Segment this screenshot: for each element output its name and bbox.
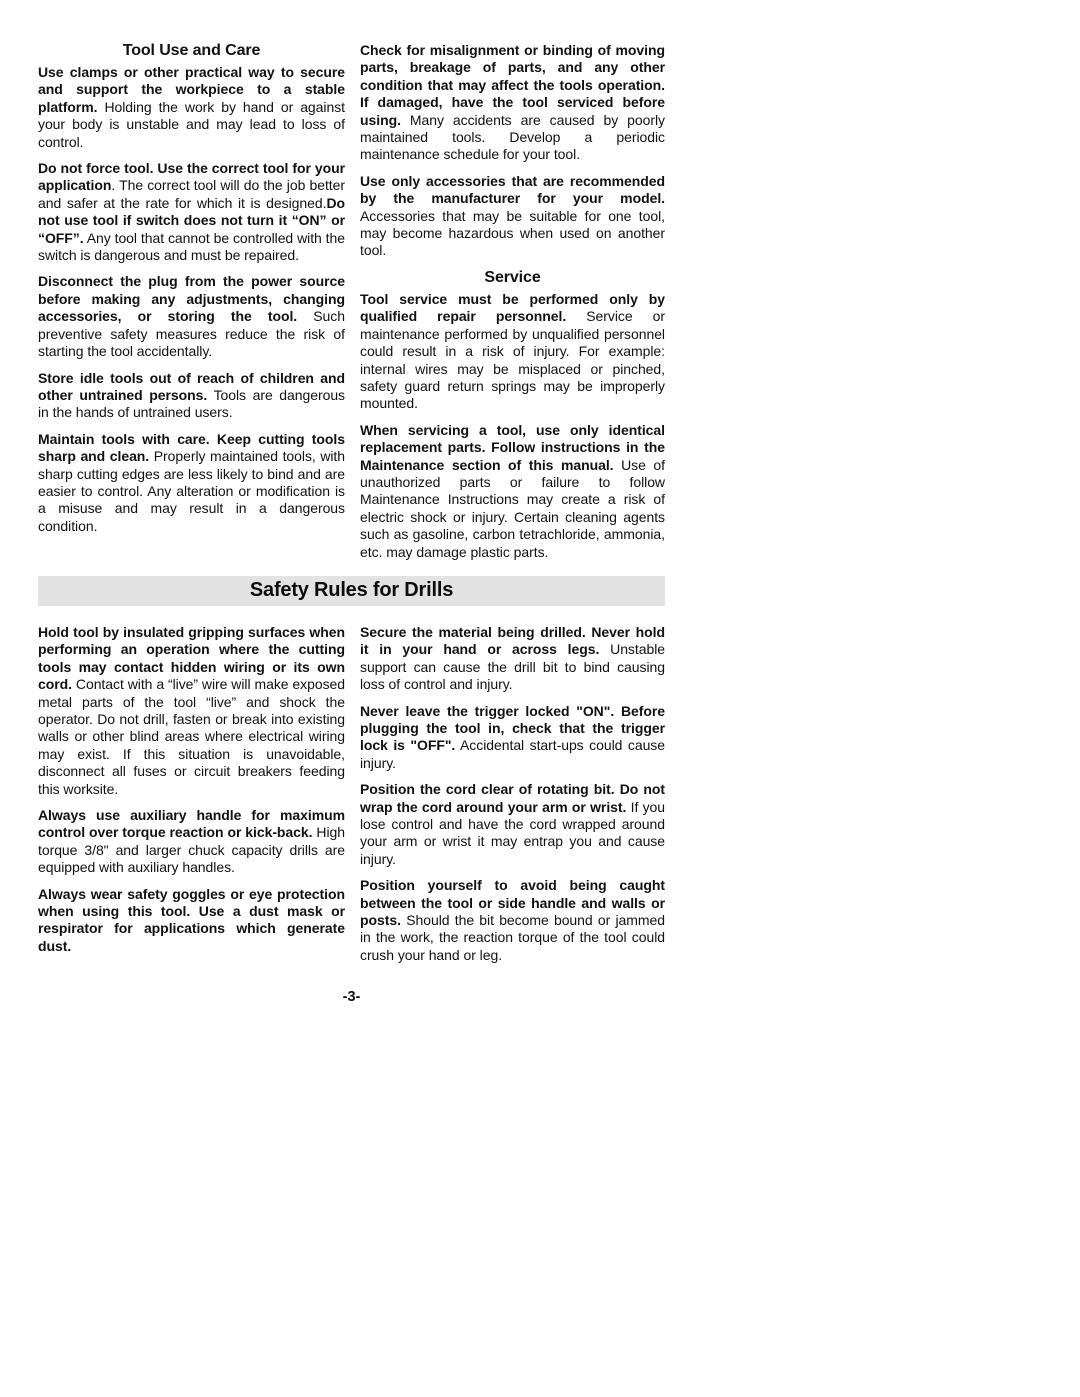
bold-text-run: Always wear safety goggles or eye protec… xyxy=(38,886,345,954)
drills-left-column: Hold tool by insulated gripping surfaces… xyxy=(38,624,345,955)
drills-section: Hold tool by insulated gripping surfaces… xyxy=(38,624,665,964)
page-content: Tool Use and Care Use clamps or other pr… xyxy=(38,42,665,1005)
paragraph: Secure the material being drilled. Never… xyxy=(360,624,665,694)
paragraph: Always wear safety goggles or eye protec… xyxy=(38,886,345,956)
manual-page: Tool Use and Care Use clamps or other pr… xyxy=(0,0,1080,1397)
drills-left-paragraphs: Hold tool by insulated gripping surfaces… xyxy=(38,624,345,955)
text-run: Contact with a “live” wire will make exp… xyxy=(38,676,345,796)
paragraph: Never leave the trigger locked "ON". Bef… xyxy=(360,703,665,773)
service-paragraphs: Tool service must be performed only by q… xyxy=(360,291,665,561)
text-run: Any tool that cannot be controlled with … xyxy=(38,230,345,263)
bold-text-run: Position the cord clear of rotating bit.… xyxy=(360,781,665,814)
safety-rules-banner-title: Safety Rules for Drills xyxy=(250,579,453,602)
text-run: Accessories that may be suitable for one… xyxy=(360,208,665,259)
drills-right-paragraphs: Secure the material being drilled. Never… xyxy=(360,624,665,964)
tool-use-right-paragraphs-top: Check for misalignment or binding of mov… xyxy=(360,42,665,260)
tool-use-left-column: Tool Use and Care Use clamps or other pr… xyxy=(38,42,345,535)
service-heading: Service xyxy=(360,269,665,287)
paragraph: Hold tool by insulated gripping surfaces… xyxy=(38,624,345,798)
paragraph: Check for misalignment or binding of mov… xyxy=(360,42,665,164)
tool-use-care-heading: Tool Use and Care xyxy=(38,42,345,60)
paragraph: Do not force tool. Use the correct tool … xyxy=(38,160,345,264)
bold-text-run: Use only accessories that are recommende… xyxy=(360,173,665,206)
paragraph: Tool service must be performed only by q… xyxy=(360,291,665,413)
text-run: Many accidents are caused by poorly main… xyxy=(360,112,665,163)
paragraph: Always use auxiliary handle for maximum … xyxy=(38,807,345,877)
bold-text-run: Always use auxiliary handle for maximum … xyxy=(38,807,345,840)
paragraph: When servicing a tool, use only identica… xyxy=(360,422,665,561)
paragraph: Maintain tools with care. Keep cutting t… xyxy=(38,431,345,535)
paragraph: Position the cord clear of rotating bit.… xyxy=(360,781,665,868)
paragraph: Use only accessories that are recommende… xyxy=(360,173,665,260)
text-run: Should the bit become bound or jammed in… xyxy=(360,912,665,963)
drills-right-column: Secure the material being drilled. Never… xyxy=(360,624,665,964)
paragraph: Store idle tools out of reach of childre… xyxy=(38,370,345,422)
tool-use-right-column: Check for misalignment or binding of mov… xyxy=(360,42,665,561)
page-number: -3- xyxy=(38,989,665,1005)
paragraph: Use clamps or other practical way to sec… xyxy=(38,64,345,151)
tool-use-left-paragraphs: Use clamps or other practical way to sec… xyxy=(38,64,345,535)
safety-rules-banner: Safety Rules for Drills xyxy=(38,576,665,606)
paragraph: Disconnect the plug from the power sourc… xyxy=(38,273,345,360)
paragraph: Position yourself to avoid being caught … xyxy=(360,877,665,964)
tool-use-care-section: Tool Use and Care Use clamps or other pr… xyxy=(38,42,665,561)
